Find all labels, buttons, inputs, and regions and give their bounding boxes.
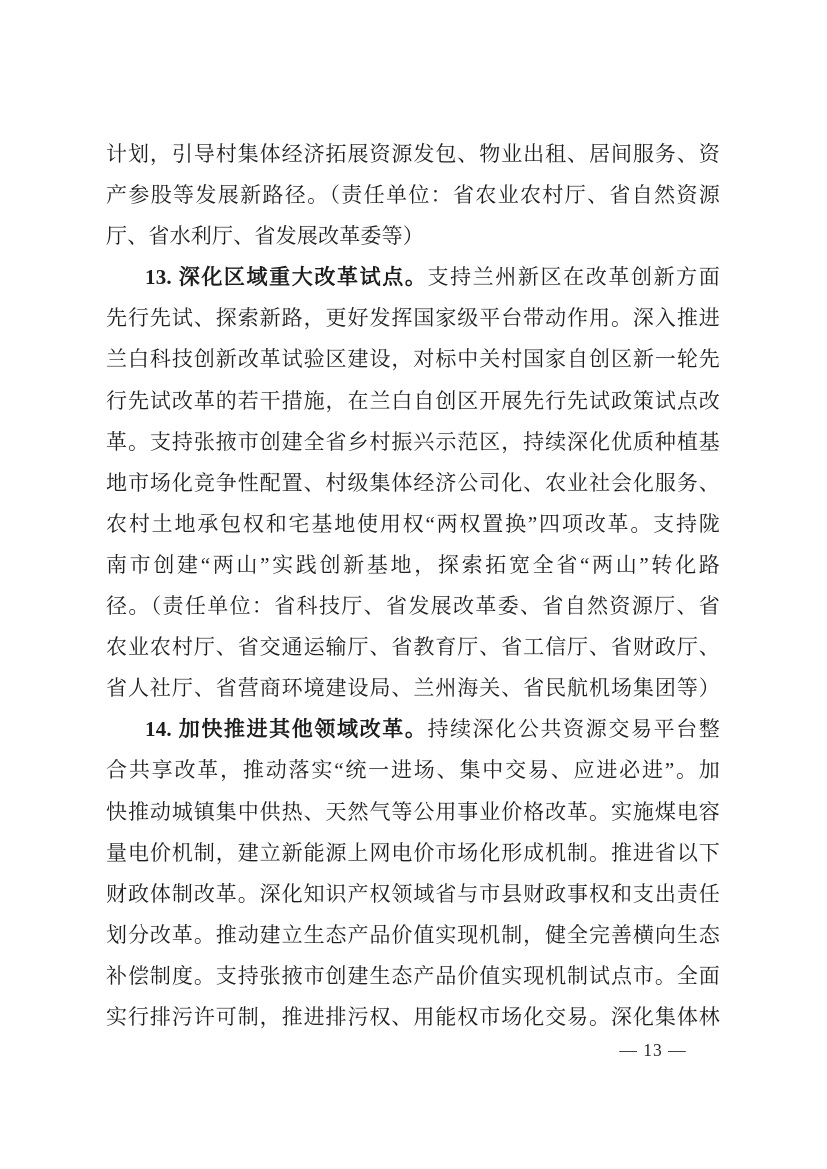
text-line: 南市创建“两山”实践创新基地，探索拓宽全省“两山”转化路: [106, 545, 720, 586]
line-text: 快推动城镇集中供热、天然气等公用事业价格改革。实施煤电容: [106, 800, 720, 824]
text-line: 厅、省水利厅、省发展改革委等）: [106, 216, 720, 257]
line-text: 产参股等发展新路径。（责任单位：省农业农村厅、省自然资源: [106, 183, 720, 207]
line-text: 划分改革。推动建立生态产品价值实现机制，健全完善横向生态: [106, 923, 720, 947]
text-line: 量电价机制，建立新能源上网电价市场化形成机制。推进省以下: [106, 833, 720, 874]
text-line: 产参股等发展新路径。（责任单位：省农业农村厅、省自然资源: [106, 175, 720, 216]
text-line: 补偿制度。支持张掖市创建生态产品价值实现机制试点市。全面: [106, 956, 720, 997]
line-text: 补偿制度。支持张掖市创建生态产品价值实现机制试点市。全面: [106, 964, 720, 988]
text-line: 农业农村厅、省交通运输厅、省教育厅、省工信厅、省财政厅、: [106, 627, 720, 668]
line-text: 厅、省水利厅、省发展改革委等）: [106, 224, 424, 248]
line-text: 财政体制改革。深化知识产权领域省与市县财政事权和支出责任: [106, 882, 720, 906]
line-text: 径。（责任单位：省科技厅、省发展改革委、省自然资源厅、省: [106, 594, 720, 618]
text-line: 先行先试、探索新路，更好发挥国家级平台带动作用。深入推进: [106, 298, 720, 339]
text-line: 行先试改革的若干措施，在兰白自创区开展先行先试政策试点改: [106, 381, 720, 422]
document-page: 计划，引导村集体经济拓展资源发包、物业出租、居间服务、资产参股等发展新路径。（责…: [0, 0, 827, 1169]
line-text: 地市场化竞争性配置、村级集体经济公司化、农业社会化服务、: [106, 471, 720, 495]
item-heading: 13. 深化区域重大改革试点。: [145, 265, 427, 289]
text-line: 划分改革。推动建立生态产品价值实现机制，健全完善横向生态: [106, 915, 720, 956]
line-text: 计划，引导村集体经济拓展资源发包、物业出租、居间服务、资: [106, 142, 720, 166]
text-line: 径。（责任单位：省科技厅、省发展改革委、省自然资源厅、省: [106, 586, 720, 627]
line-text: 南市创建“两山”实践创新基地，探索拓宽全省“两山”转化路: [106, 553, 720, 577]
document-text: 计划，引导村集体经济拓展资源发包、物业出租、居间服务、资产参股等发展新路径。（责…: [106, 134, 720, 1038]
text-line: 合共享改革，推动落实“统一进场、集中交易、应进必进”。加: [106, 750, 720, 791]
line-text: 行先试改革的若干措施，在兰白自创区开展先行先试政策试点改: [106, 389, 720, 413]
text-line: 财政体制改革。深化知识产权领域省与市县财政事权和支出责任: [106, 874, 720, 915]
line-text: 支持兰州新区在改革创新方面: [427, 265, 720, 289]
page-number: — 13 —: [594, 1040, 712, 1061]
line-text: 省人社厅、省营商环境建设局、兰州海关、省民航机场集团等）: [106, 676, 720, 700]
text-line: 计划，引导村集体经济拓展资源发包、物业出租、居间服务、资: [106, 134, 720, 175]
text-line: 兰白科技创新改革试验区建设，对标中关村国家自创区新一轮先: [106, 339, 720, 380]
line-text: 兰白科技创新改革试验区建设，对标中关村国家自创区新一轮先: [106, 347, 720, 371]
text-line: 实行排污许可制，推进排污权、用能权市场化交易。深化集体林: [106, 997, 720, 1038]
line-text: 实行排污许可制，推进排污权、用能权市场化交易。深化集体林: [106, 1005, 720, 1029]
text-line: 革。支持张掖市创建全省乡村振兴示范区，持续深化优质种植基: [106, 422, 720, 463]
line-text: 农业农村厅、省交通运输厅、省教育厅、省工信厅、省财政厅、: [106, 635, 720, 659]
line-text: 量电价机制，建立新能源上网电价市场化形成机制。推进省以下: [106, 841, 720, 865]
line-text: 先行先试、探索新路，更好发挥国家级平台带动作用。深入推进: [106, 306, 720, 330]
text-line: 快推动城镇集中供热、天然气等公用事业价格改革。实施煤电容: [106, 792, 720, 833]
text-line: 地市场化竞争性配置、村级集体经济公司化、农业社会化服务、: [106, 463, 720, 504]
line-text: 合共享改革，推动落实“统一进场、集中交易、应进必进”。加: [106, 758, 720, 782]
line-text: 农村土地承包权和宅基地使用权“两权置换”四项改革。支持陇: [106, 512, 720, 536]
item-heading: 14. 加快推进其他领域改革。: [145, 717, 427, 741]
text-line: 14. 加快推进其他领域改革。持续深化公共资源交易平台整: [106, 709, 720, 750]
line-text: 革。支持张掖市创建全省乡村振兴示范区，持续深化优质种植基: [106, 430, 720, 454]
text-line: 省人社厅、省营商环境建设局、兰州海关、省民航机场集团等）: [106, 668, 720, 709]
text-line: 农村土地承包权和宅基地使用权“两权置换”四项改革。支持陇: [106, 504, 720, 545]
text-line: 13. 深化区域重大改革试点。支持兰州新区在改革创新方面: [106, 257, 720, 298]
line-text: 持续深化公共资源交易平台整: [427, 717, 720, 741]
